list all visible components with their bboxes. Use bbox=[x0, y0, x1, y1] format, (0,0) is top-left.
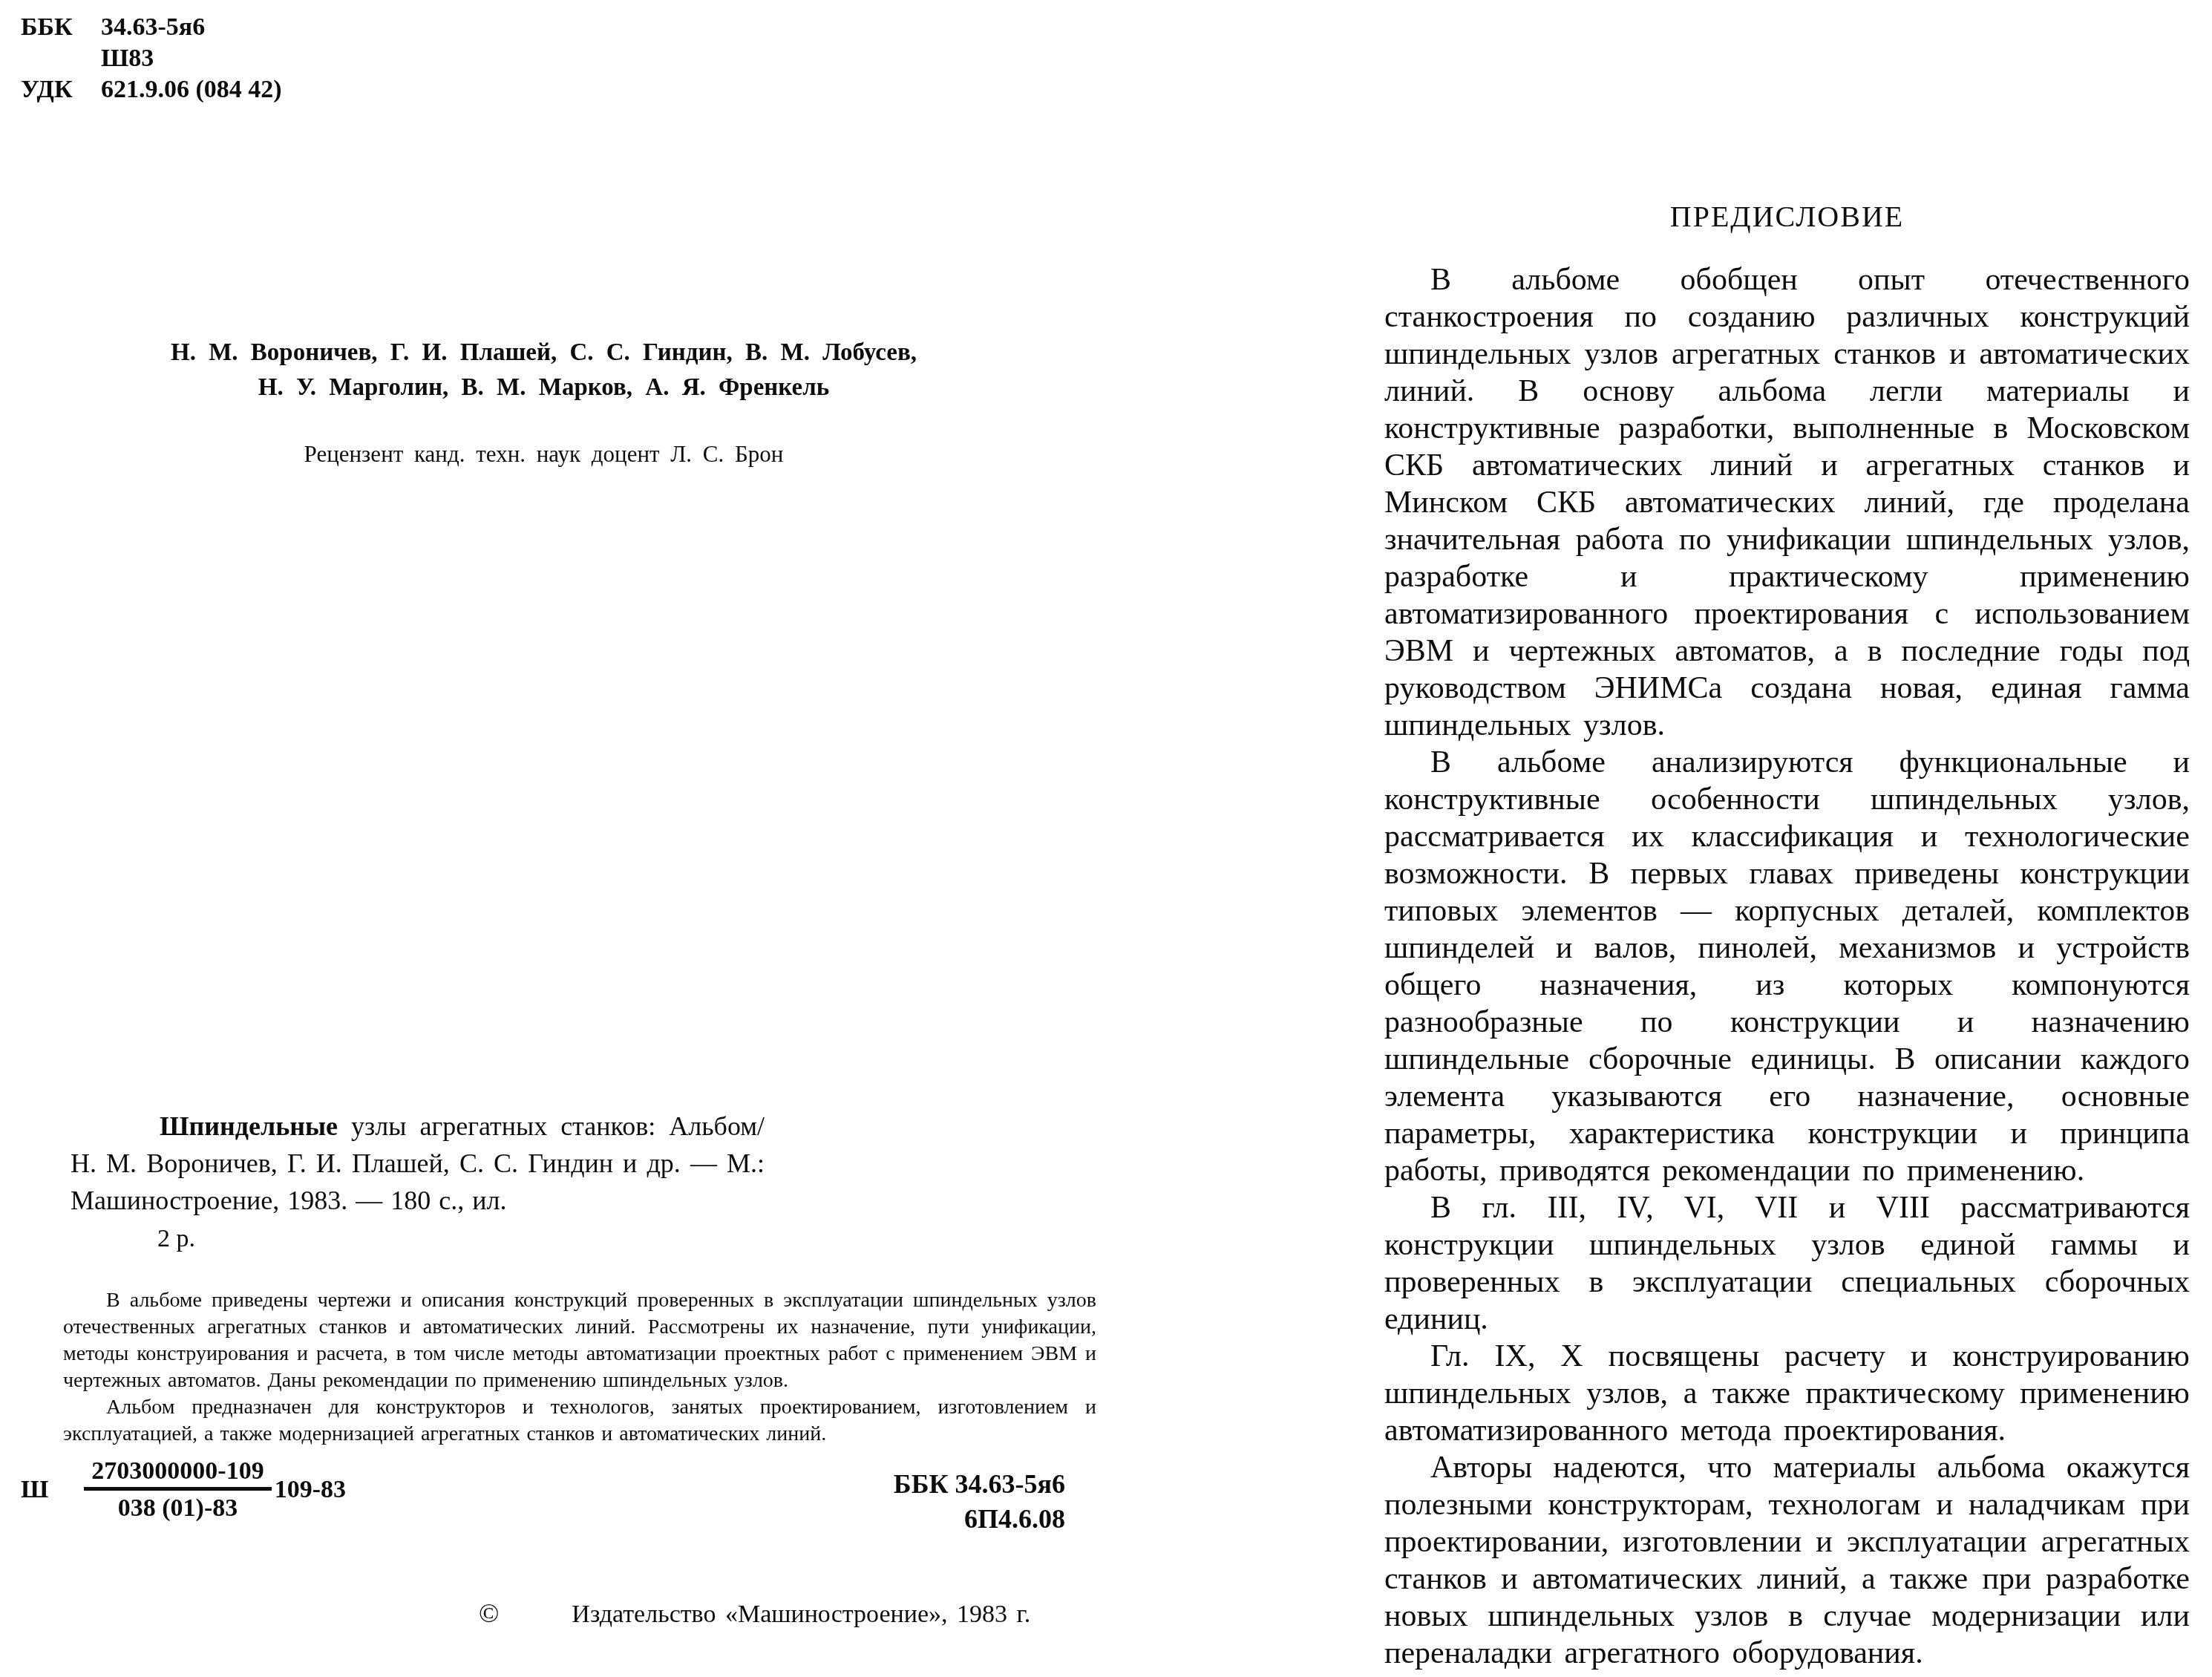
formula-suffix: 109-83 bbox=[275, 1476, 346, 1504]
reviewer-line: Рецензент канд. техн. наук доцент Л. С. … bbox=[45, 441, 1043, 468]
price-label: 2 р. bbox=[157, 1225, 195, 1253]
sh-index-row: Ш83 bbox=[21, 43, 282, 74]
copyright-symbol: © bbox=[479, 1598, 499, 1629]
preface-paragraph-4: Гл. IX, X посвящены расчету и конструиро… bbox=[1384, 1338, 2190, 1449]
formula-fraction: 2703000000-109 038 (01)-83 bbox=[84, 1457, 271, 1523]
annotation-paragraph-2: Альбом предназначен для конструкторов и … bbox=[63, 1394, 1096, 1448]
preface-paragraph-2: В альбоме анализируются функциональные и… bbox=[1384, 744, 2190, 1189]
authors-line-2: Н. У. Марголин, В. М. Марков, А. Я. Френ… bbox=[45, 370, 1043, 405]
preface-paragraph-5: Авторы надеются, что материалы альбома о… bbox=[1384, 1449, 2190, 1672]
bibliographic-entry: Шпиндельные узлы агрегатных станков: Аль… bbox=[71, 1108, 765, 1219]
bottom-bbk-line: ББК 34.63-5я6 bbox=[817, 1467, 1065, 1502]
sh-index-value: Ш83 bbox=[101, 43, 154, 74]
sh-index-label bbox=[21, 43, 101, 74]
udk-row: УДК 621.9.06 (084 42) bbox=[21, 74, 282, 105]
formula-sh-letter: Ш bbox=[21, 1476, 48, 1504]
udk-label: УДК bbox=[21, 74, 101, 105]
formula-numerator: 2703000000-109 bbox=[84, 1457, 271, 1487]
copyright-text: Издательство «Машиностроение», 1983 г. bbox=[572, 1601, 1030, 1629]
copyright-line: © Издательство «Машиностроение», 1983 г. bbox=[479, 1598, 1030, 1629]
preface-paragraph-1: В альбоме обобщен опыт отечественного ст… bbox=[1384, 261, 2190, 744]
udk-value: 621.9.06 (084 42) bbox=[101, 74, 282, 105]
bibliographic-lead-word: Шпиндельные bbox=[160, 1111, 338, 1141]
classification-codes: ББК 34.63-5я6 Ш83 УДК 621.9.06 (084 42) bbox=[21, 12, 282, 105]
annotation-block: В альбоме приведены чертежи и описания к… bbox=[63, 1287, 1096, 1448]
authors-line-1: Н. М. Вороничев, Г. И. Плашей, С. С. Гин… bbox=[45, 336, 1043, 370]
book-spread: ББК 34.63-5я6 Ш83 УДК 621.9.06 (084 42) … bbox=[0, 0, 2212, 1677]
preface-body: В альбоме обобщен опыт отечественного ст… bbox=[1384, 261, 2190, 1672]
bottom-classification-codes: ББК 34.63-5я6 6П4.6.08 bbox=[817, 1467, 1065, 1537]
bbk-label: ББК bbox=[21, 12, 101, 43]
annotation-paragraph-1: В альбоме приведены чертежи и описания к… bbox=[63, 1287, 1096, 1394]
preface-paragraph-3: В гл. III, IV, VI, VII и VIII рассматрив… bbox=[1384, 1189, 2190, 1338]
bottom-index-line: 6П4.6.08 bbox=[817, 1502, 1065, 1537]
book-order-formula: Ш 2703000000-109 038 (01)-83 109-83 bbox=[21, 1457, 346, 1523]
authors-block: Н. М. Вороничев, Г. И. Плашей, С. С. Гин… bbox=[45, 336, 1043, 405]
preface-heading: ПРЕДИСЛОВИЕ bbox=[1384, 199, 2190, 234]
bbk-value: 34.63-5я6 bbox=[101, 12, 205, 43]
bbk-row: ББК 34.63-5я6 bbox=[21, 12, 282, 43]
formula-denominator: 038 (01)-83 bbox=[84, 1487, 271, 1523]
